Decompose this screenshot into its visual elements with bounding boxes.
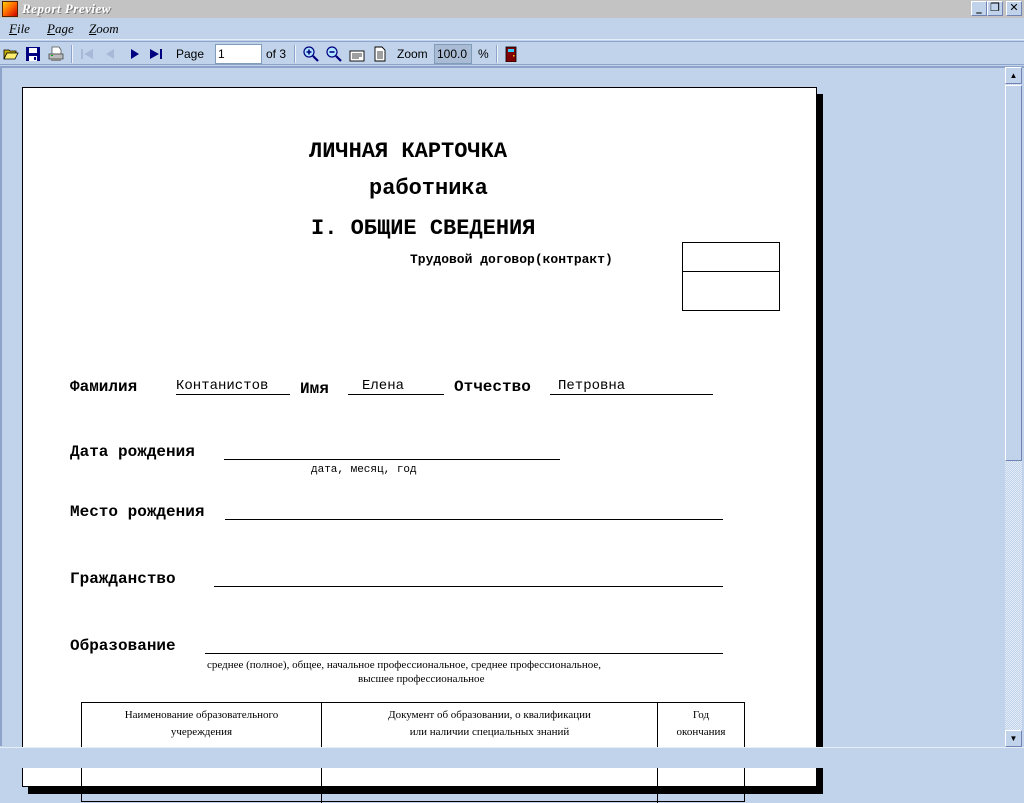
citizenship-underline (214, 586, 723, 587)
zoom-out-icon[interactable] (326, 46, 342, 62)
header-line: или наличии специальных знаний (322, 724, 657, 741)
close-button[interactable]: ✕ (1006, 1, 1022, 16)
contract-box-divider (683, 271, 779, 272)
restore-button[interactable]: ❐ (987, 1, 1003, 16)
window-title: Report Preview (22, 1, 111, 17)
toolbar: Page of 3 Zoom % (0, 41, 1024, 65)
birthdate-underline (224, 459, 560, 460)
header-line: Год (658, 707, 744, 724)
first-page-icon[interactable] (79, 46, 95, 62)
vertical-scrollbar[interactable]: ▲ ▼ (1005, 67, 1022, 747)
doc-subtitle: работника (369, 176, 488, 201)
minimize-button[interactable]: _ (971, 1, 987, 16)
header-line: учереждения (82, 724, 321, 741)
report-page: ЛИЧНАЯ КАРТОЧКА работника I. ОБЩИЕ СВЕДЕ… (22, 87, 817, 768)
toolbar-separator (496, 45, 498, 63)
citizenship-label: Гражданство (70, 570, 176, 588)
menu-bar: File Page Zoom (0, 18, 1024, 40)
birthdate-label: Дата рождения (70, 443, 195, 461)
page-count-label: of 3 (266, 47, 286, 61)
zoom-in-icon[interactable] (303, 46, 319, 62)
patronymic-value: Петровна (558, 378, 625, 394)
name-label: Имя (300, 380, 329, 398)
app-icon (2, 1, 18, 17)
header-line: Документ об образовании, о квалификации (322, 707, 657, 724)
page-label: Page (176, 47, 204, 61)
birthplace-underline (225, 519, 723, 520)
zoom-label: Zoom (397, 47, 428, 61)
zoom-unit-label: % (478, 47, 489, 61)
menu-file[interactable]: File (9, 21, 30, 37)
header-line: окончания (658, 724, 744, 741)
surname-underline (176, 394, 290, 395)
print-icon[interactable] (48, 46, 64, 62)
menu-page[interactable]: Page (47, 21, 74, 37)
header-line: Наименование образовательного (82, 707, 321, 724)
scroll-up-button[interactable]: ▲ (1005, 67, 1022, 84)
scroll-thumb[interactable] (1005, 85, 1022, 461)
section-heading: I. ОБЩИЕ СВЕДЕНИЯ (311, 216, 535, 241)
patronymic-label: Отчество (454, 378, 531, 396)
menu-file-label: ile (17, 21, 30, 36)
menu-page-accel: P (47, 21, 55, 36)
exit-door-icon[interactable] (503, 46, 519, 62)
menu-page-label: age (55, 21, 74, 36)
contract-label: Трудовой договор(контракт) (410, 252, 613, 267)
doc-title: ЛИЧНАЯ КАРТОЧКА (309, 139, 507, 164)
name-underline (348, 394, 444, 395)
education-underline (205, 653, 723, 654)
whole-page-icon[interactable] (372, 46, 388, 62)
page-width-icon[interactable] (349, 46, 365, 62)
patronymic-underline (550, 394, 713, 395)
zoom-input[interactable] (434, 44, 472, 64)
save-disk-icon[interactable] (25, 46, 41, 62)
name-value: Елена (362, 378, 404, 394)
next-page-icon[interactable] (127, 46, 143, 62)
menu-file-accel: F (9, 21, 17, 36)
title-bar: Report Preview _ ❐ ✕ (0, 0, 1024, 18)
open-folder-icon[interactable] (3, 46, 19, 62)
birthdate-caption: дата, месяц, год (311, 464, 417, 476)
education-caption-1: среднее (полное), общее, начальное профе… (207, 659, 601, 671)
prev-page-icon[interactable] (102, 46, 118, 62)
contract-box (682, 242, 780, 311)
toolbar-separator (71, 45, 73, 63)
toolbar-separator (294, 45, 296, 63)
birthplace-label: Место рождения (70, 503, 204, 521)
education-label: Образование (70, 637, 176, 655)
status-bar (0, 747, 1024, 768)
menu-zoom-label: oom (96, 21, 118, 36)
menu-zoom[interactable]: Zoom (89, 21, 119, 37)
surname-label: Фамилия (70, 378, 137, 396)
surname-value: Контанистов (176, 378, 268, 394)
page-number-input[interactable] (215, 44, 262, 64)
last-page-icon[interactable] (148, 46, 164, 62)
scroll-down-button[interactable]: ▼ (1005, 730, 1022, 747)
education-caption-2: высшее профессиональное (358, 673, 485, 685)
